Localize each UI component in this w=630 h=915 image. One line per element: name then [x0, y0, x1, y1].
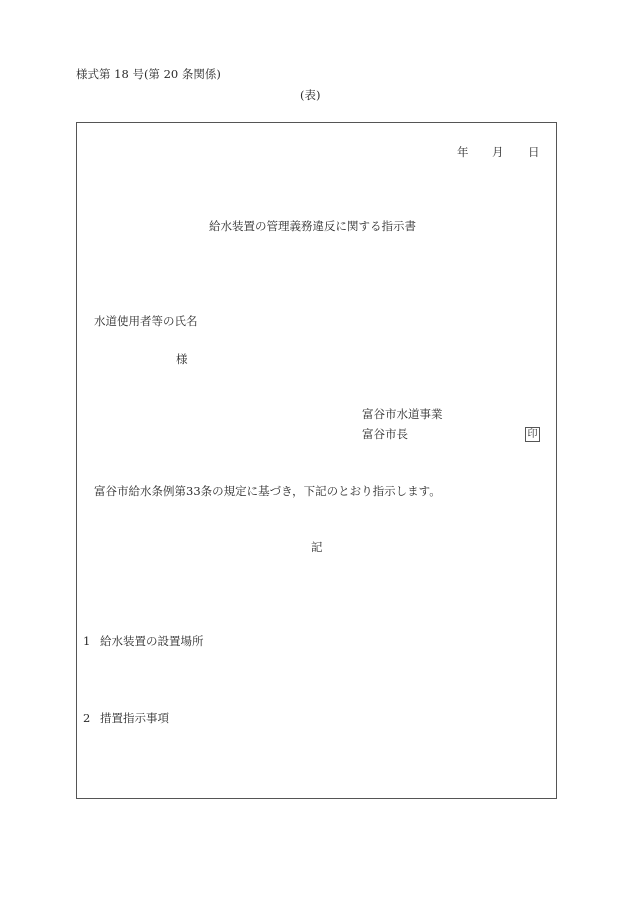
- date-year: 年: [457, 147, 469, 159]
- recipient-label: 水道使用者等の氏名: [94, 316, 198, 328]
- date-day: 日: [528, 147, 540, 159]
- issuer-line2: 富谷市長: [362, 429, 408, 441]
- issuer-line1: 富谷市水道事業: [362, 409, 443, 421]
- form-side-label: (表): [300, 90, 320, 102]
- recipient-honorific: 様: [176, 354, 188, 366]
- item-1-label: 給水装置の設置場所: [100, 636, 204, 648]
- item-1-number: 1: [83, 636, 90, 648]
- body-text: 富谷市給水条例第33条の規定に基づき，下記のとおり指示します。: [94, 486, 441, 498]
- seal-mark: 印: [525, 427, 540, 442]
- item-2-number: 2: [83, 713, 90, 725]
- form-number: 様式第 18 号(第 20 条関係): [76, 69, 221, 81]
- document-title: 給水装置の管理義務違反に関する指示書: [209, 221, 416, 233]
- ki-label: 記: [311, 542, 323, 554]
- item-2-label: 措置指示事項: [100, 713, 169, 725]
- date-month: 月: [492, 147, 504, 159]
